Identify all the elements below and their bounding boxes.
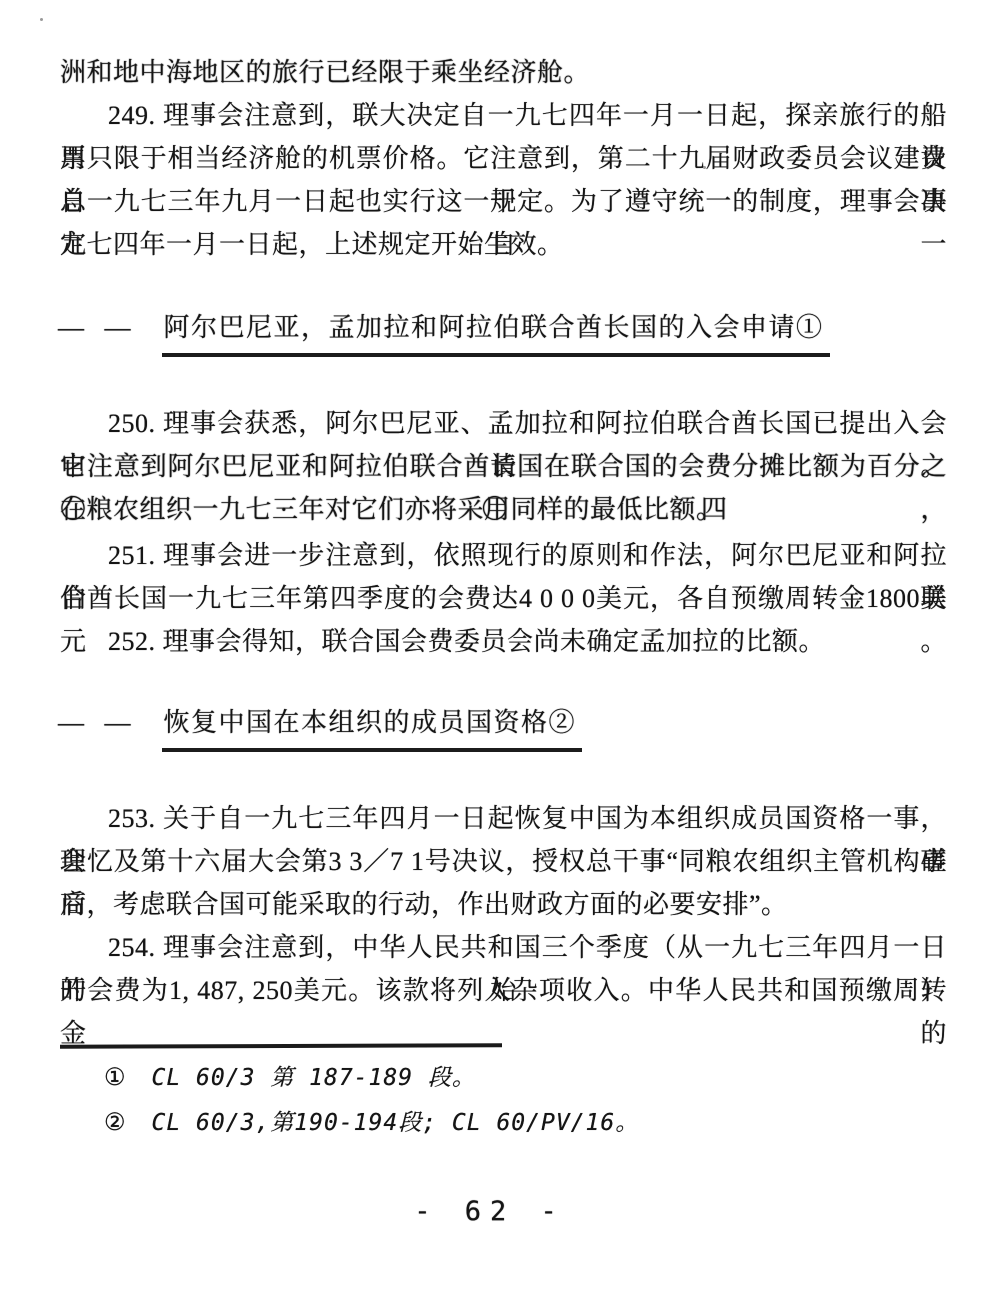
footnote-text-1: CL 60/3 第 187-189 段。: [152, 1065, 476, 1091]
heading-dashes: — —: [58, 312, 138, 344]
text-line: 254. 理事会注意到，中华人民共和国三个季度（从一九七三年四月一日开始）: [60, 926, 947, 969]
paragraph-249: 249. 理事会注意到，联大决定自一九七四年一月一日起，探亲旅行的船票费 用只限…: [60, 94, 947, 266]
text-line: 250. 理事会获悉，阿尔巴尼亚、孟加拉和阿拉伯联合酋长国已提出入会申请。: [60, 402, 947, 445]
scan-speck: [703, 166, 706, 169]
section-heading-admission: — — 阿尔巴尼亚，孟加拉和阿拉伯联合酋长国的入会申请①: [58, 312, 830, 357]
paragraph-250: 250. 理事会获悉，阿尔巴尼亚、孟加拉和阿拉伯联合酋长国已提出入会申请。 它注…: [60, 402, 947, 531]
heading-title-underlined: 阿尔巴尼亚，孟加拉和阿拉伯联合酋长国的入会申请①: [162, 312, 830, 357]
text-line: 的会费为1, 487, 250美元。该款将列入杂项收入。中华人民共和国预缴周转金…: [60, 969, 947, 1012]
footnote-1: ①CL 60/3 第 187-189 段。: [104, 1063, 476, 1093]
footnote-text-2: CL 60/3,第190-194段; CL 60/PV/16。: [152, 1110, 640, 1136]
section-heading-china: — — 恢复中国在本组织的成员国资格②: [58, 707, 582, 752]
footnote-marker-2: ②: [104, 1110, 126, 1136]
document-page: 洲和地中海地区的旅行已经限于乘坐经济舱。 249. 理事会注意到，联大决定自一九…: [0, 0, 1000, 1292]
text-line: 252. 理事会得知，联合国会费委员会尚未确定孟加拉的比额。: [60, 620, 947, 663]
footnote-marker-1: ①: [104, 1065, 126, 1091]
heading-dashes: — —: [58, 707, 138, 739]
text-line: 会忆及第十六届大会第3 3／7 1号决议，授权总干事“同粮农组织主管机构磋商: [60, 840, 947, 883]
footnote-2: ②CL 60/3,第190-194段; CL 60/PV/16。: [104, 1108, 639, 1138]
scan-speck: [40, 18, 43, 21]
page-number: - 62 -: [0, 1196, 980, 1227]
text-line: 自一九七三年九月一日起也实行这一规定。为了遵守统一的制度，理事会决定自一: [60, 180, 947, 223]
text-line: 249. 理事会注意到，联大决定自一九七四年一月一日起，探亲旅行的船票费: [60, 94, 947, 137]
paragraph-253-254: 253. 关于自一九七三年四月一日起恢复中国为本组织成员国资格一事，理事 会忆及…: [60, 797, 947, 1012]
heading-title-underlined: 恢复中国在本组织的成员国资格②: [162, 707, 583, 752]
paragraph-251-252: 251. 理事会进一步注意到，依照现行的原则和作法，阿尔巴尼亚和阿拉伯联 合酋长…: [60, 534, 947, 663]
continuation-paragraph: 洲和地中海地区的旅行已经限于乘坐经济舱。: [60, 51, 947, 94]
text-line: 洲和地中海地区的旅行已经限于乘坐经济舱。: [60, 51, 947, 94]
text-line: 251. 理事会进一步注意到，依照现行的原则和作法，阿尔巴尼亚和阿拉伯联: [60, 534, 947, 577]
text-line: 合酋长国一九七三年第四季度的会费达4 0 0 0美元，各自预缴周转金1800美元…: [60, 577, 947, 620]
text-line: 它注意到阿尔巴尼亚和阿拉伯联合酋长国在联合国的会费分摊比额为百分之〇·〇四，: [60, 445, 947, 488]
text-line: 后，考虑联合国可能采取的行动，作出财政方面的必要安排”。: [60, 883, 947, 926]
text-line: 用只限于相当经济舱的机票价格。它注意到，第二十九届财政委员会议建议总干事: [60, 137, 947, 180]
text-line: 253. 关于自一九七三年四月一日起恢复中国为本组织成员国资格一事，理事: [60, 797, 947, 840]
